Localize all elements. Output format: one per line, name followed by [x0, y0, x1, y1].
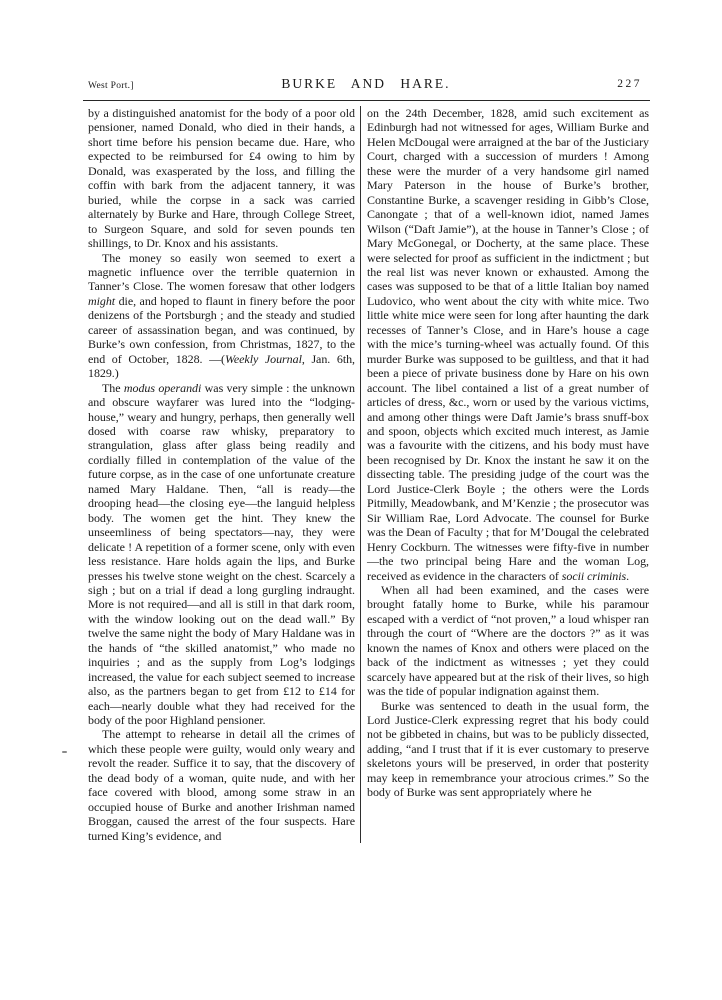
body-text: on the 24th December, 1828, amid such ex… — [367, 106, 649, 583]
italic-text: modus operandi — [124, 381, 201, 395]
paragraph: The attempt to rehearse in detail all th… — [88, 727, 355, 843]
paragraph: on the 24th December, 1828, amid such ex… — [367, 106, 649, 583]
page-title: BURKE AND HARE. — [88, 76, 644, 92]
body-text: Burke was sentenced to death in the usua… — [367, 699, 649, 800]
margin-print-artifact — [62, 751, 67, 753]
italic-text: might — [88, 294, 115, 308]
paragraph: The modus operandi was very simple : the… — [88, 381, 355, 728]
italic-text: socii criminis — [562, 569, 626, 583]
book-page: West Port.] BURKE AND HARE. 227 by a dis… — [0, 0, 722, 1000]
text-columns: by a distinguished anatomist for the bod… — [88, 106, 649, 843]
paragraph: The money so easily won seemed to exert … — [88, 251, 355, 381]
right-column: on the 24th December, 1828, amid such ex… — [361, 106, 649, 843]
body-text: was very simple : the unknown and obscur… — [88, 381, 355, 727]
page-number: 227 — [617, 78, 642, 90]
body-text: by a distinguished anatomist for the bod… — [88, 106, 355, 250]
paragraph: Burke was sentenced to death in the usua… — [367, 699, 649, 800]
italic-text: Weekly Journal — [225, 352, 302, 366]
running-head: West Port.] BURKE AND HARE. 227 — [88, 76, 644, 94]
left-column: by a distinguished anatomist for the bod… — [88, 106, 361, 843]
body-text: The money so easily won seemed to exert … — [88, 251, 355, 294]
header-rule — [83, 100, 650, 101]
body-text: . — [626, 569, 629, 583]
paragraph: by a distinguished anatomist for the bod… — [88, 106, 355, 251]
body-text: The attempt to rehearse in detail all th… — [88, 727, 355, 842]
paragraph: When all had been examined, and the case… — [367, 583, 649, 699]
body-text: The — [102, 381, 124, 395]
body-text: When all had been examined, and the case… — [367, 583, 649, 698]
